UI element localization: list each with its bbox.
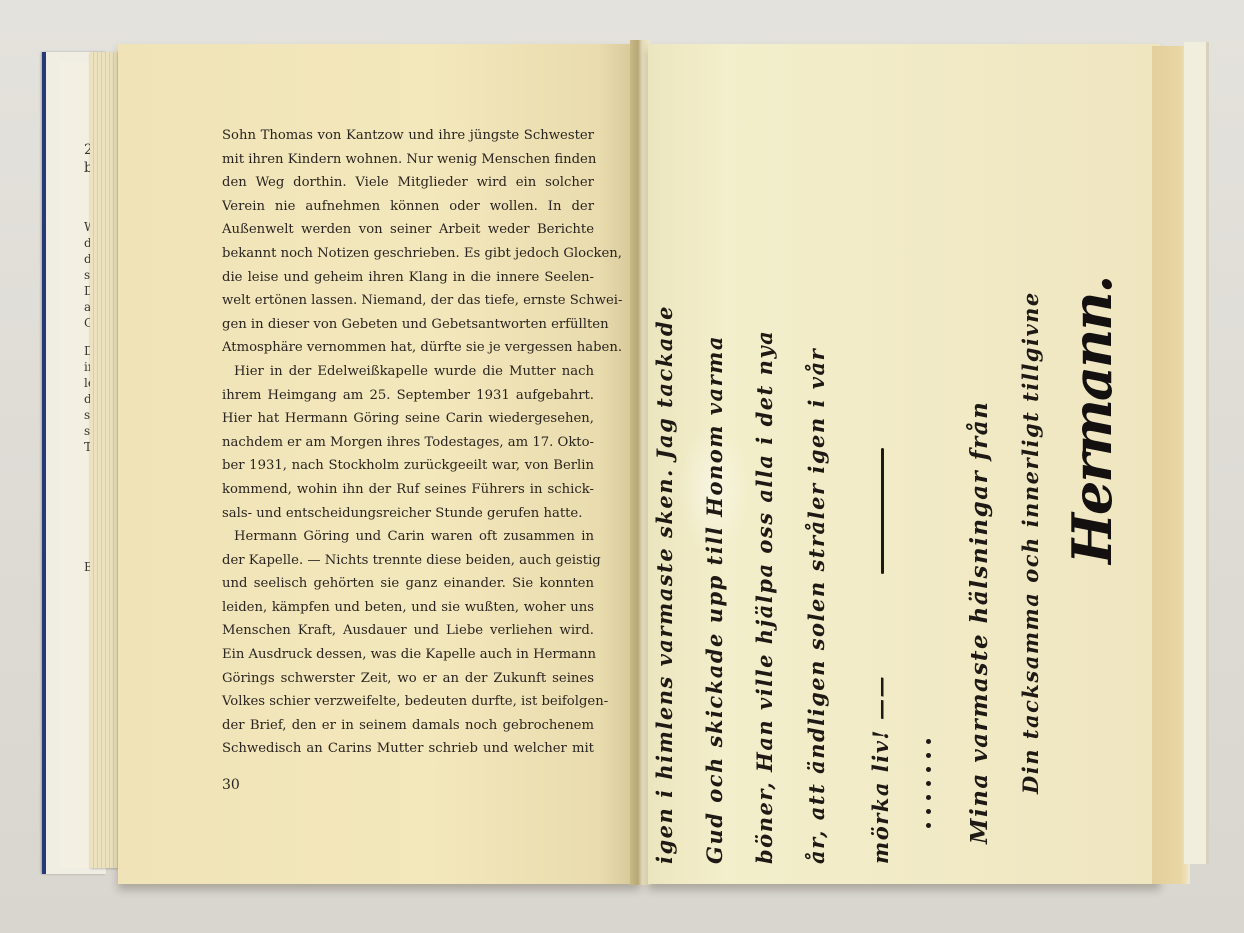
handwritten-line: böner, Han ville hjälpa oss alla i det n… xyxy=(752,330,777,864)
text-line: Schwedisch an Carins Mutter schrieb und … xyxy=(222,737,594,761)
handwritten-line: år, att ändligen solen stråler igen i vå… xyxy=(804,348,829,864)
right-page-handwritten-letter: igen i himlens varmaste sken. Jag tackad… xyxy=(648,44,1160,884)
handwritten-line: mörka liv! —— xyxy=(868,675,893,864)
printed-text-block: Sohn Thomas von Kantzow und ihre jüngste… xyxy=(222,124,594,761)
text-line: Hier hat Hermann Göring seine Carin wied… xyxy=(222,407,594,431)
text-line: welt ertönen lassen. Niemand, der das ti… xyxy=(222,289,594,313)
text-line: leiden, kämpfen und beten, und sie wußte… xyxy=(222,596,594,620)
text-line: Volkes schier verzweifelte, bedeuten dur… xyxy=(222,690,594,714)
book-front-cover-edge xyxy=(1184,42,1209,864)
left-page: Sohn Thomas von Kantzow und ihre jüngste… xyxy=(118,44,640,884)
text-line: Ein Ausdruck dessen, was die Kapelle auc… xyxy=(222,643,594,667)
page-number: 30 xyxy=(222,777,240,793)
text-line: Verein nie aufnehmen können oder wollen.… xyxy=(222,195,594,219)
handwritten-line: Gud och skickade upp till Honom varma xyxy=(702,335,727,864)
text-line: Sohn Thomas von Kantzow und ihre jüngste… xyxy=(222,124,594,148)
text-line: Atmosphäre vernommen hat, dürfte sie je … xyxy=(222,336,594,360)
text-line: gen in dieser von Gebeten und Gebetsantw… xyxy=(222,313,594,337)
text-line: der Brief, den er in seinem damals noch … xyxy=(222,714,594,738)
text-line: Menschen Kraft, Ausdauer und Liebe verli… xyxy=(222,619,594,643)
handwritten-closing-line: Mina varmaste hälsningar från xyxy=(966,401,993,844)
text-line: den Weg dorthin. Viele Mitglieder wird e… xyxy=(222,171,594,195)
handwritten-line: igen i himlens varmaste sken. Jag tackad… xyxy=(652,305,677,864)
text-line: und seelisch gehörten sie ganz einander.… xyxy=(222,572,594,596)
text-line: kommend, wohin ihn der Ruf seines Führer… xyxy=(222,478,594,502)
text-line: ber 1931, nach Stockholm zurückgeeilt wa… xyxy=(222,454,594,478)
text-line: bekannt noch Notizen geschrieben. Es gib… xyxy=(222,242,594,266)
text-line: Hier in der Edelweißkapelle wurde die Mu… xyxy=(222,360,594,384)
text-line: sals- und entscheidungsreicher Stunde ge… xyxy=(222,502,594,526)
handwritten-ellipsis xyxy=(926,739,932,828)
text-line: Außenwelt werden von seiner Arbeit weder… xyxy=(222,218,594,242)
book-gutter xyxy=(630,40,650,885)
handwritten-dash xyxy=(881,448,884,574)
text-line: nachdem er am Morgen ihres Todestages, a… xyxy=(222,431,594,455)
handwritten-closing-line: Din tacksamma och innerligt tillgivne xyxy=(1018,291,1043,794)
text-line: Görings schwerster Zeit, wo er an der Zu… xyxy=(222,667,594,691)
text-line: der Kapelle. — Nichts trennte diese beid… xyxy=(222,549,594,573)
text-line: mit ihren Kindern wohnen. Nur wenig Mens… xyxy=(222,148,594,172)
text-line: Hermann Göring und Carin waren oft zusam… xyxy=(222,525,594,549)
signature: Hermann. xyxy=(1060,277,1124,564)
text-line: die leise und geheim ihren Klang in die … xyxy=(222,266,594,290)
text-line: ihrem Heimgang am 25. September 1931 auf… xyxy=(222,384,594,408)
